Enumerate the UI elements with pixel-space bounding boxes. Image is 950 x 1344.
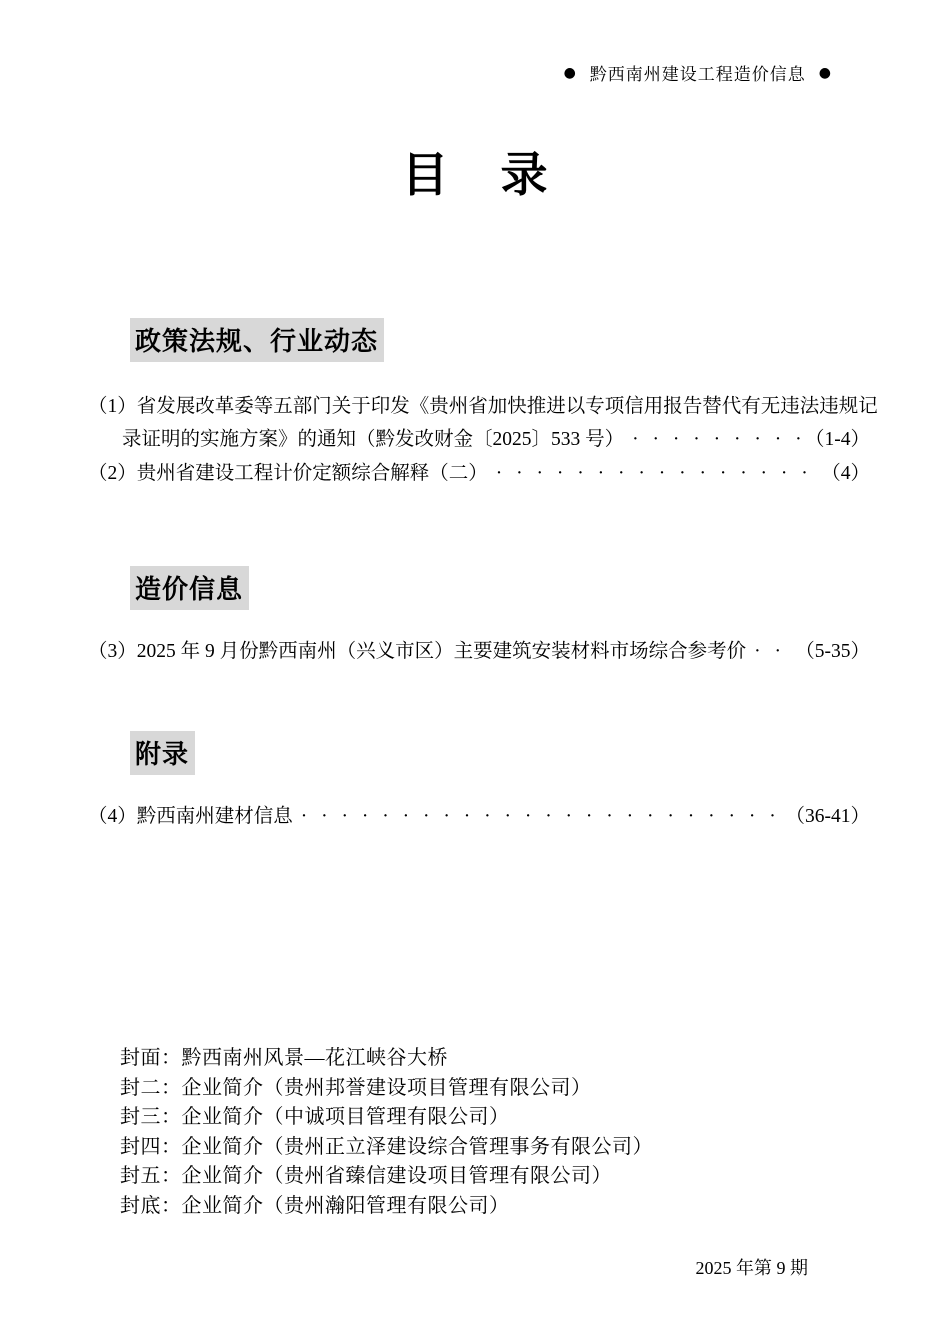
toc-item-3-leader-dots: · · · · [746, 635, 795, 668]
toc-item-1-page-ref: （1-4） [805, 423, 870, 456]
toc-item-4: （4）黔西南州建材信息 · · · · · · · · · · · · · · … [88, 800, 870, 833]
issue-label: 2025 年第 9 期 [696, 1254, 809, 1280]
header-title: 黔西南州建设工程造价信息 [590, 60, 806, 85]
toc-title: 目 录 [0, 138, 950, 205]
toc-item-1: （1）省发展改革委等五部门关于印发《贵州省加快推进以专项信用报告替代有无违法违规… [88, 390, 870, 456]
cover-note-back: 封底：企业简介（贵州瀚阳管理有限公司） [120, 1192, 653, 1222]
header-bullet-right-icon: ● [819, 66, 832, 80]
cover-note-inside-front: 封二：企业简介（贵州邦誉建设项目管理有限公司） [120, 1074, 653, 1104]
toc-item-1-leader-dots: · · · · · · · · · · [624, 423, 805, 456]
cover-note-front: 封面：黔西南州风景—花江峡谷大桥 [120, 1044, 653, 1074]
section-heading-policy: 政策法规、行业动态 [130, 318, 384, 362]
toc-item-4-text: （4）黔西南州建材信息 [88, 800, 293, 833]
toc-item-1-line1: （1）省发展改革委等五部门关于印发《贵州省加快推进以专项信用报告替代有无违法违规… [88, 390, 870, 423]
cover-note-page3: 封三：企业简介（中诚项目管理有限公司） [120, 1103, 653, 1133]
header-bullet-left-icon: ● [564, 66, 577, 80]
toc-item-3-page-ref: （5-35） [795, 635, 870, 668]
section-heading-appendix: 附录 [130, 731, 195, 775]
toc-item-2-page-ref: （4） [821, 457, 870, 490]
toc-item-4-leader-dots: · · · · · · · · · · · · · · · · · · · · … [293, 800, 786, 833]
section-heading-policy-label: 政策法规、行业动态 [130, 318, 384, 362]
section-heading-cost-info-label: 造价信息 [130, 566, 249, 610]
cover-note-page5: 封五：企业简介（贵州省臻信建设项目管理有限公司） [120, 1162, 653, 1192]
toc-item-2-text: （2）贵州省建设工程计价定额综合解释（二） [88, 457, 488, 490]
toc-item-4-page-ref: （36-41） [786, 800, 871, 833]
document-page: ● 黔西南州建设工程造价信息 ● 目 录 政策法规、行业动态 （1）省发展改革委… [0, 0, 950, 1344]
section-heading-appendix-label: 附录 [130, 731, 195, 775]
toc-item-1-line2: 录证明的实施方案》的通知（黔发改财金〔2025〕533 号） [122, 423, 624, 456]
section-heading-cost-info: 造价信息 [130, 566, 249, 610]
toc-item-2: （2）贵州省建设工程计价定额综合解释（二） · · · · · · · · · … [88, 457, 870, 490]
cover-notes-list: 封面：黔西南州风景—花江峡谷大桥 封二：企业简介（贵州邦誉建设项目管理有限公司）… [120, 1044, 653, 1222]
toc-item-3: （3）2025 年 9 月份黔西南州（兴义市区）主要建筑安装材料市场综合参考价 … [88, 635, 870, 668]
cover-note-page4: 封四：企业简介（贵州正立泽建设综合管理事务有限公司） [120, 1133, 653, 1163]
toc-item-3-text: （3）2025 年 9 月份黔西南州（兴义市区）主要建筑安装材料市场综合参考价 [88, 635, 746, 668]
toc-item-2-leader-dots: · · · · · · · · · · · · · · · · · · · · [488, 457, 821, 490]
page-header: ● 黔西南州建设工程造价信息 ● [564, 60, 832, 85]
